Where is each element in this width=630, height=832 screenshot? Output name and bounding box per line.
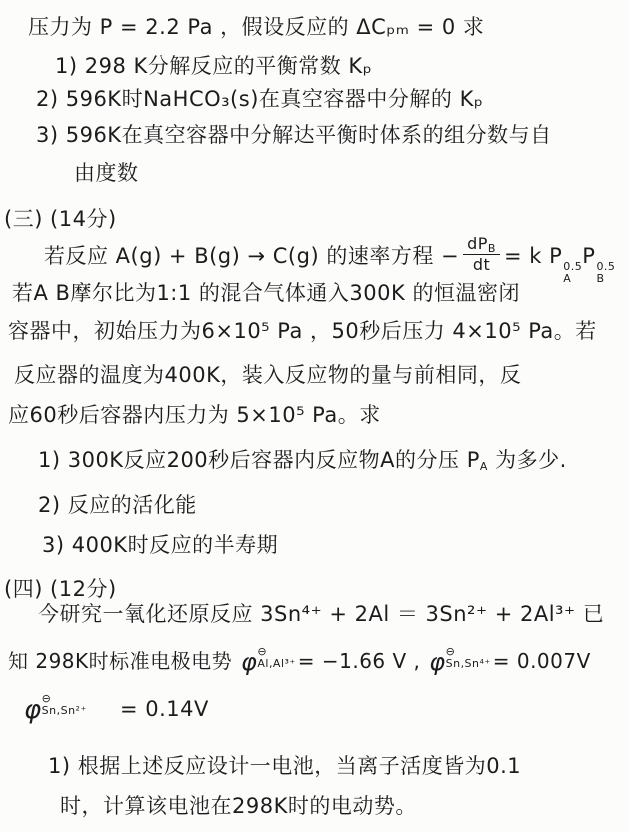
q4-item-1-line-2: 时，计算该电池在298K时的电动势。 <box>60 793 417 819</box>
fraction-numerator: dPB <box>463 235 500 255</box>
q3-item-2: 2) 反应的活化能 <box>38 492 197 518</box>
q4-sn2-potential-line: φ⊖Sn,Sn²⁺ = 0.14V <box>22 695 209 722</box>
partial-pressure-A-term: P0.5A <box>549 244 582 268</box>
q2-item-3-line-2: 由度数 <box>74 160 139 186</box>
q3-item-1-text: 1) 300K反应200秒后容器内反应物A的分压 P <box>38 448 480 472</box>
rate-equals-k: = k <box>504 244 542 268</box>
phi-sn4-value: = 0.007V <box>493 649 591 673</box>
q3-body-line-4: 应60秒后容器内压力为 5×10⁵ Pa。求 <box>8 402 381 428</box>
phi-al-value: = −1.66 V , <box>298 649 421 673</box>
q2-item-1: 1) 298 K分解反应的平衡常数 Kₚ <box>55 53 372 79</box>
fraction-denominator: dt <box>473 255 490 274</box>
numerator-subscript: B <box>488 242 496 255</box>
pB-exponent: 0.5 <box>596 261 615 273</box>
q4-item-1-line-1: 1) 根据上述反应设计一电池，当离子活度皆为0.1 <box>48 753 521 779</box>
q2-item-3-line-1: 3) 596K在真空容器中分解达平衡时体系的组分数与自 <box>36 122 552 148</box>
phi-sn4-subscript: Sn,Sn⁴⁺ <box>446 658 491 670</box>
fraction-dpb-dt: dPBdt <box>463 235 500 273</box>
q2-given-pressure-line: 压力为 P = 2.2 Pa ，假设反应的 ΔCₚₘ = 0 求 <box>28 14 484 40</box>
phi-al-group: φ⊖Al,Al³⁺ <box>241 648 296 672</box>
q3-header: (三) (14分) <box>4 206 117 232</box>
phi-sn2-value: = 0.14V <box>120 697 209 721</box>
pA-exponent: 0.5 <box>563 261 582 273</box>
handwritten-exam-page: 压力为 P = 2.2 Pa ，假设反应的 ΔCₚₘ = 0 求 1) 298 … <box>0 0 630 832</box>
q3-body-line-1: 若A B摩尔比为1:1 的混合气体通入300K 的恒温密闭 <box>12 280 520 306</box>
q3-item-3: 3) 400K时反应的半寿期 <box>42 532 278 558</box>
phi-sn4-supsub: ⊖Sn,Sn⁴⁺ <box>446 646 491 669</box>
rate-prefix: 若反应 A(g) + B(g) → C(g) 的速率方程 − <box>44 244 459 268</box>
standard-state-icon: ⊖ <box>446 646 456 658</box>
standard-state-icon: ⊖ <box>42 693 52 705</box>
phi-symbol: φ <box>24 697 42 723</box>
phi-sn2-subscript: Sn,Sn²⁺ <box>42 705 87 717</box>
q3-item-1-p-subscript: A <box>480 460 488 473</box>
q4-potentials-line: 知 298K时标准电极电势 φ⊖Al,Al³⁺= −1.66 V , φ⊖Sn,… <box>8 648 591 674</box>
q4-potentials-text: 知 298K时标准电极电势 <box>8 649 239 673</box>
partial-pressure-B-term: P0.5B <box>582 244 615 268</box>
phi-al-supsub: ⊖Al,Al³⁺ <box>257 646 295 669</box>
numerator-main: dP <box>467 234 488 253</box>
phi-symbol: φ <box>429 650 445 674</box>
q3-body-line-2: 容器中，初始压力为6×10⁵ Pa ，50秒后压力 4×10⁵ Pa。若 <box>8 318 597 344</box>
q3-item-1: 1) 300K反应200秒后容器内反应物A的分压 PA 为多少. <box>38 447 567 473</box>
q3-rate-equation-line: 若反应 A(g) + B(g) → C(g) 的速率方程 −dPBdt= k P… <box>44 238 615 284</box>
phi-sn4-group: φ⊖Sn,Sn⁴⁺ <box>429 648 490 672</box>
phi-sn2-supsub: ⊖Sn,Sn²⁺ <box>42 693 87 716</box>
pA-supsub: 0.5A <box>563 261 582 284</box>
phi-sn2-group: φ⊖Sn,Sn²⁺ <box>24 695 87 721</box>
q2-item-2: 2) 596K时NaHCO₃(s)在真空容器中分解的 Kₚ <box>36 86 483 112</box>
pA-symbol: P <box>549 244 562 268</box>
standard-state-icon: ⊖ <box>257 646 267 658</box>
pB-symbol: P <box>582 244 595 268</box>
pB-subscript: B <box>596 273 604 285</box>
pB-supsub: 0.5B <box>596 261 615 284</box>
phi-symbol: φ <box>241 650 257 674</box>
phi-al-subscript: Al,Al³⁺ <box>257 658 295 670</box>
q4-redox-equation-line: 今研究一氧化还原反应 3Sn⁴⁺ + 2Al ＝ 3Sn²⁺ + 2Al³⁺ 已 <box>38 601 604 627</box>
q3-item-1-tail: 为多少. <box>488 448 567 472</box>
q3-body-line-3: 反应器的温度为400K，装入反应物的量与前相同，反 <box>14 362 521 388</box>
pA-subscript: A <box>563 273 571 285</box>
q4-header: (四) (12分) <box>4 576 117 602</box>
